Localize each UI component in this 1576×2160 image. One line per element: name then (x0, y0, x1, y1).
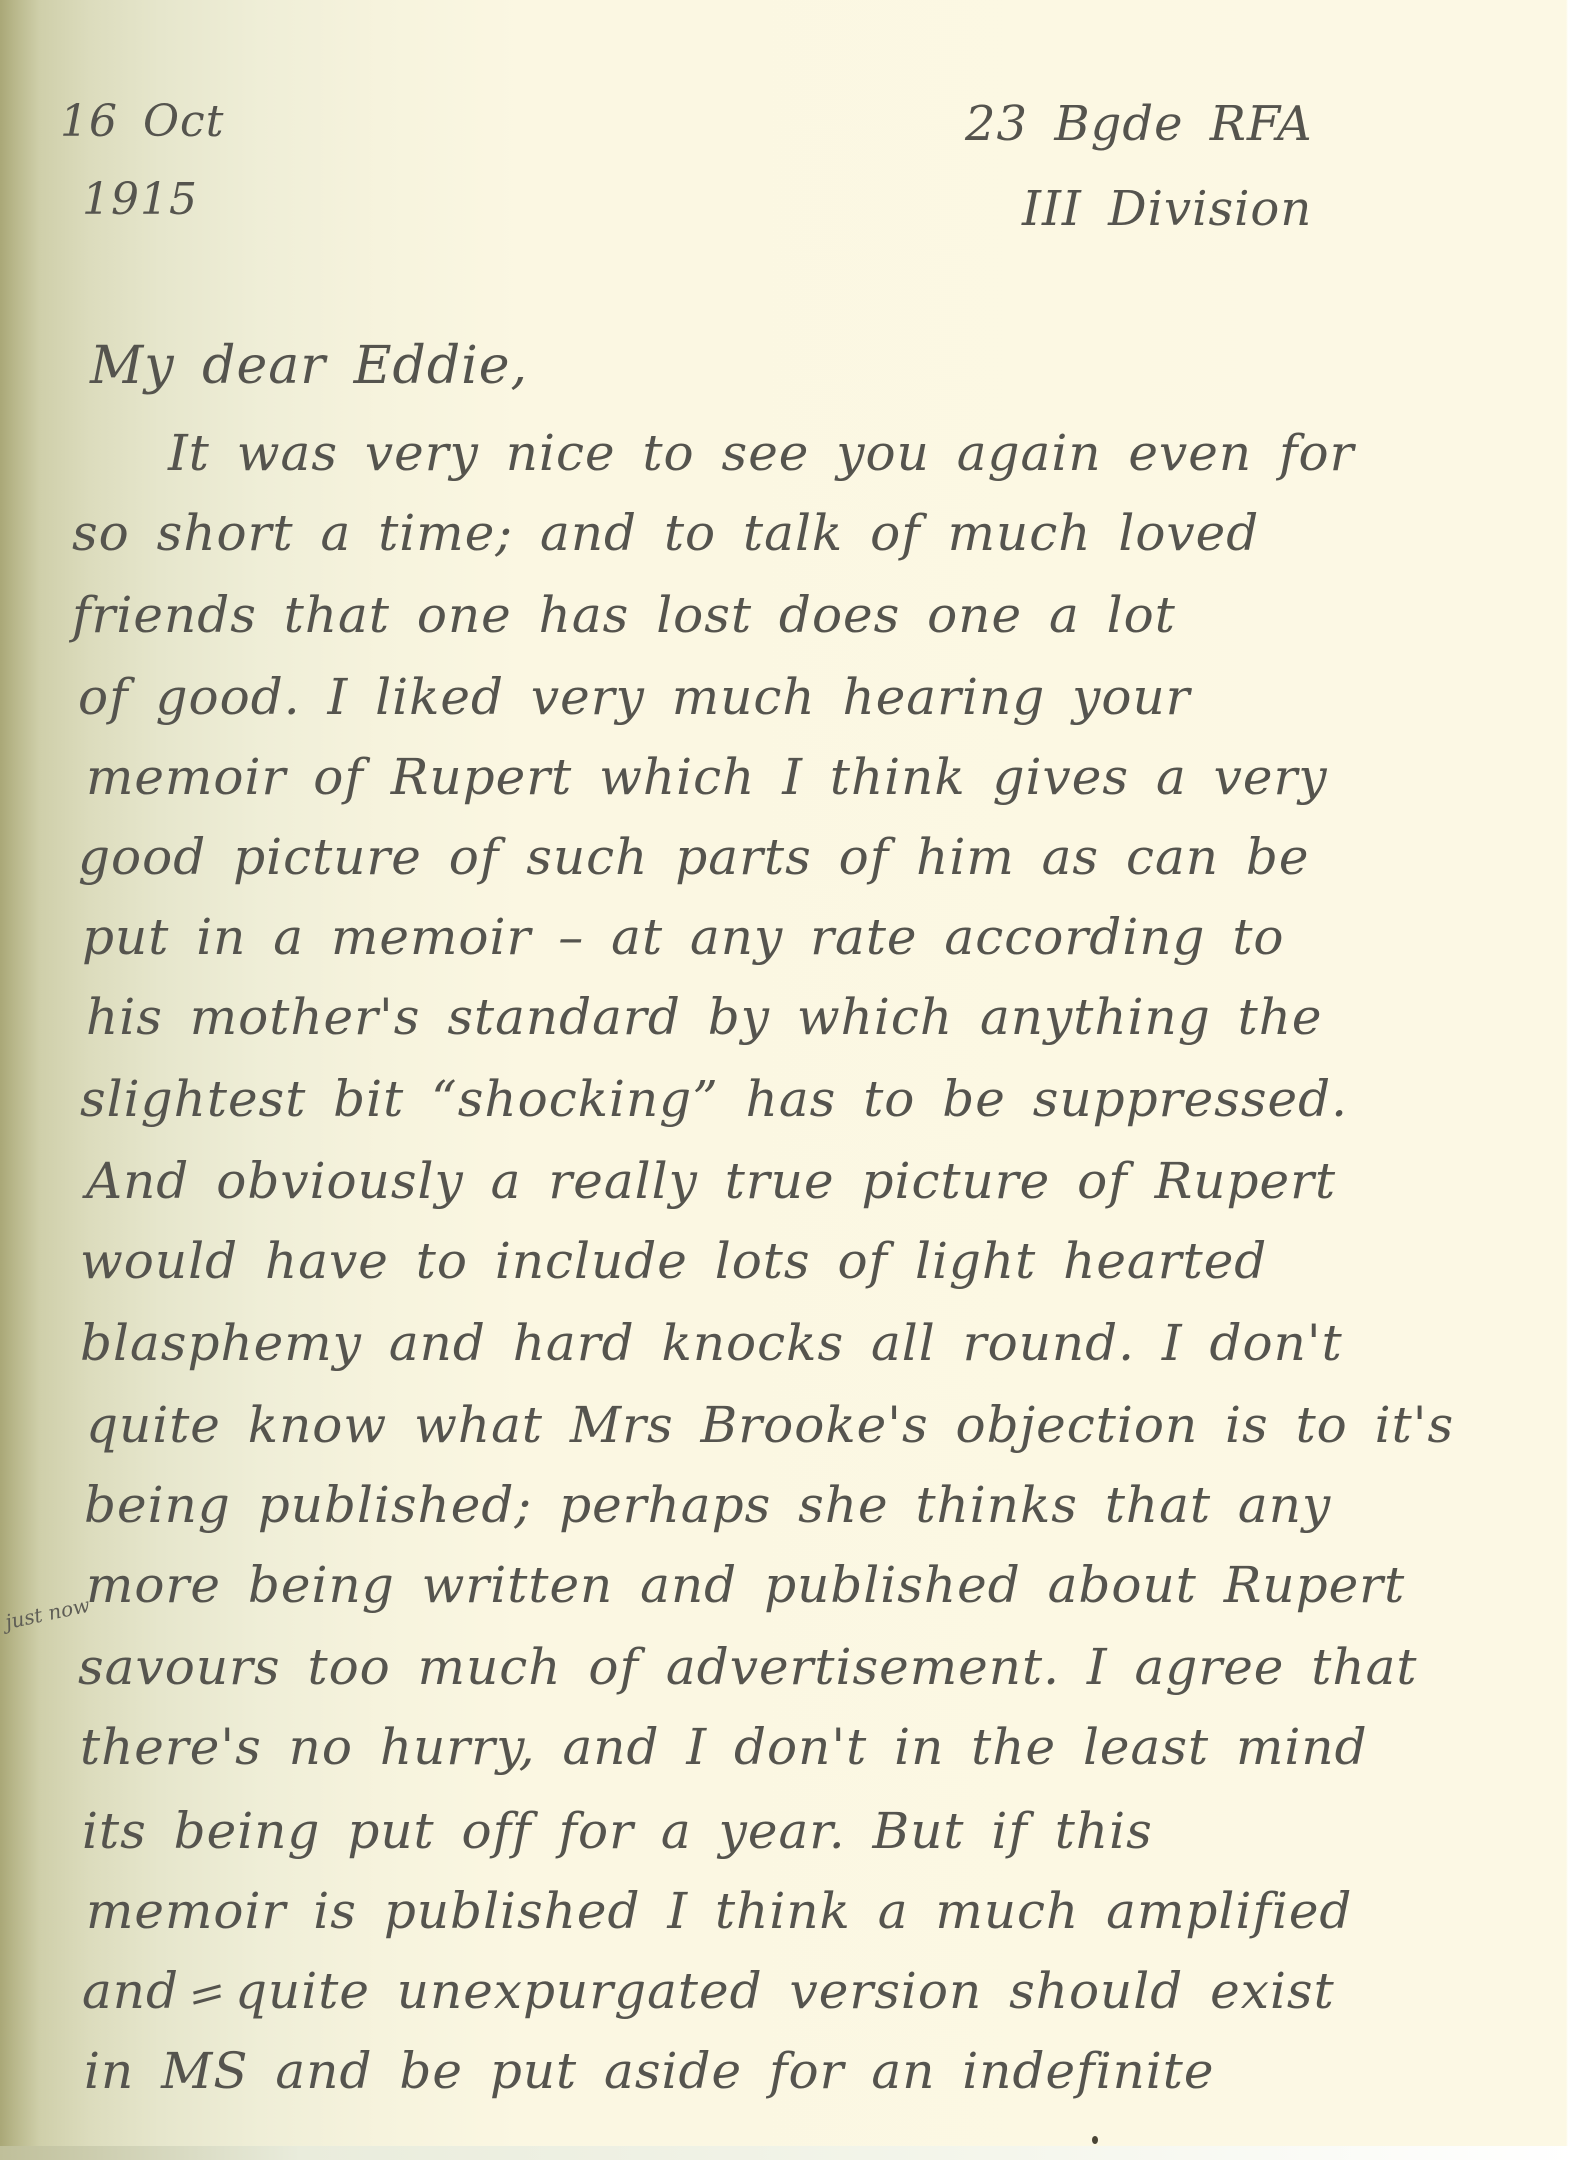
body-line: savours too much of advertisement. I agr… (78, 1642, 1418, 1692)
body-line: memoir of Rupert which I think gives a v… (86, 752, 1328, 802)
address-division: III Division (1022, 185, 1312, 233)
body-line: there's no hurry, and I don't in the lea… (80, 1722, 1368, 1772)
body-line: would have to include lots of light hear… (80, 1236, 1267, 1286)
body-line: his mother's standard by which anything … (86, 992, 1323, 1042)
crossed-out-word (189, 1978, 225, 2012)
body-line-with-strikeout: andquite unexpurgated version should exi… (82, 1966, 1335, 2016)
body-line: quite know what Mrs Brooke's objection i… (86, 1400, 1454, 1450)
body-line: put in a memoir – at any rate according … (82, 912, 1285, 962)
body-line: memoir is published I think a much ampli… (86, 1886, 1352, 1936)
body-line: more being written and published about R… (86, 1560, 1405, 1610)
body-line: being published; perhaps she thinks that… (84, 1480, 1331, 1530)
address-unit: 23 Bgde RFA (965, 100, 1313, 148)
body-word: and (82, 1962, 179, 2020)
margin-note: just now (3, 1593, 92, 1634)
date-day-month: 16 Oct (60, 100, 224, 144)
body-line: good picture of such parts of him as can… (78, 832, 1310, 882)
body-line: so short a time; and to talk of much lov… (72, 508, 1259, 558)
letter-page: 16 Oct 1915 23 Bgde RFA III Division My … (0, 0, 1576, 2160)
date-year: 1915 (82, 178, 198, 222)
body-line: blasphemy and hard knocks all round. I d… (80, 1318, 1343, 1368)
ink-blot (1092, 2136, 1098, 2144)
body-line: And obviously a really true picture of R… (86, 1156, 1336, 1206)
body-line: in MS and be put aside for an indefinite (84, 2046, 1214, 2096)
body-line: of good. I liked very much hearing your (78, 672, 1191, 722)
body-line: friends that one has lost does one a lot (72, 590, 1176, 640)
body-words: quite unexpurgated version should exist (235, 1962, 1335, 2020)
body-line: slightest bit “shocking” has to be suppr… (80, 1074, 1348, 1124)
body-line: It was very nice to see you again even f… (168, 428, 1354, 478)
salutation: My dear Eddie, (90, 340, 528, 392)
body-line: its being put off for a year. But if thi… (82, 1806, 1153, 1856)
